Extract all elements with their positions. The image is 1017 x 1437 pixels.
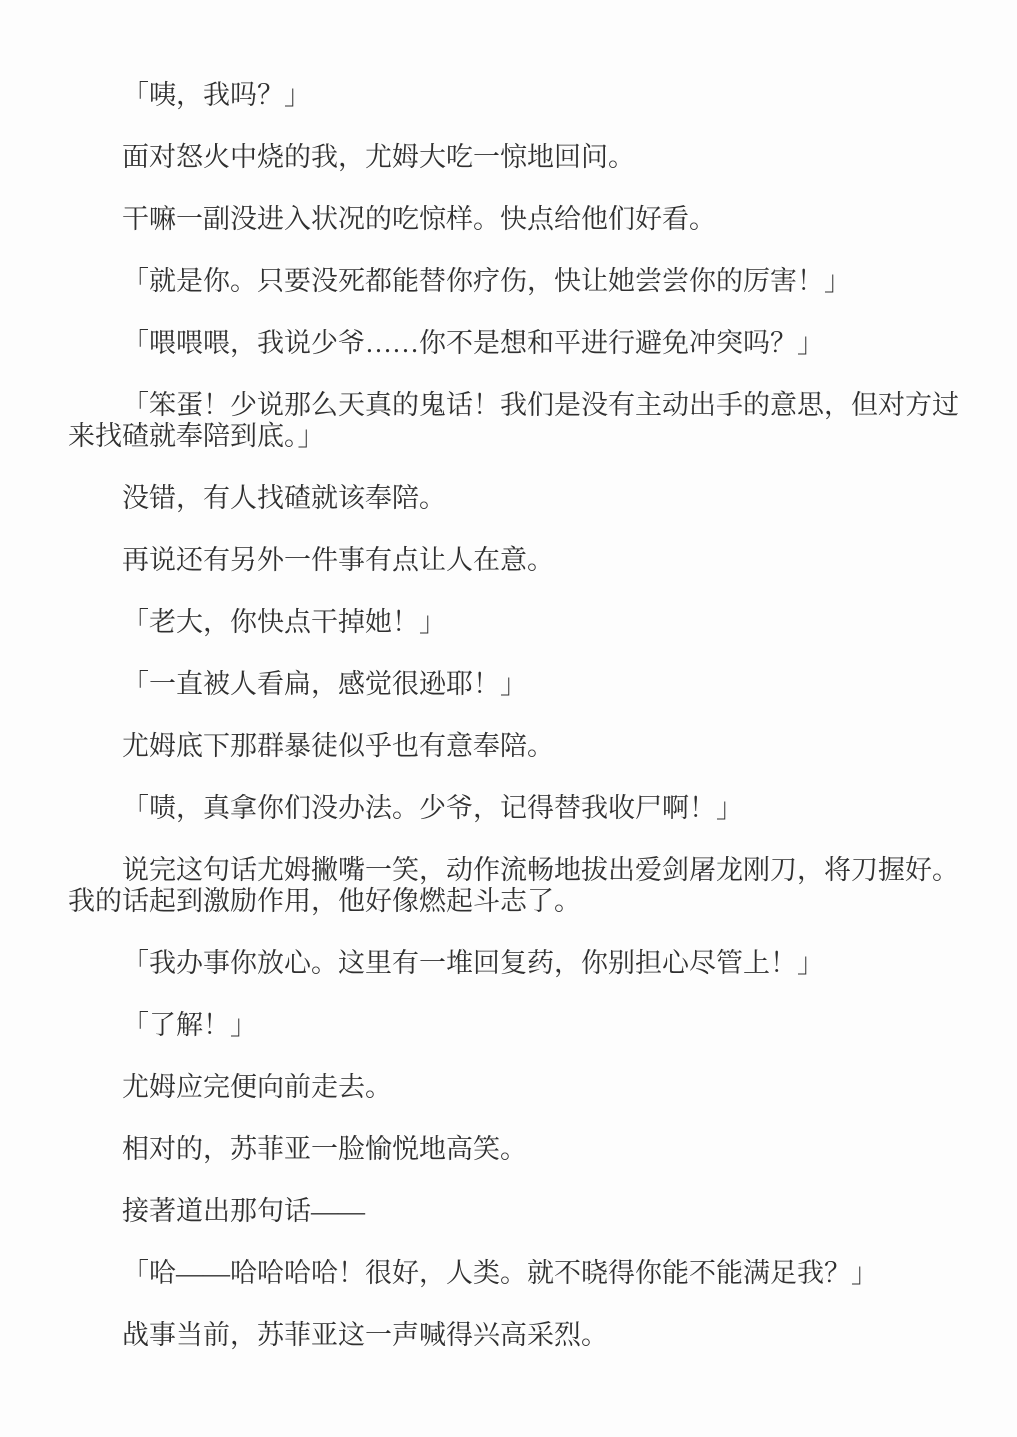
paragraph-05: 「喂喂喂，我说少爷……你不是想和平进行避免冲突吗？」 <box>68 328 968 359</box>
paragraph-12: 「啧，真拿你们没办法。少爷，记得替我收尸啊！」 <box>68 793 968 824</box>
paragraph-16: 尤姆应完便向前走去。 <box>68 1072 968 1103</box>
paragraph-03: 干嘛一副没进入状况的吃惊样。快点给他们好看。 <box>68 204 968 235</box>
paragraph-17: 相对的，苏菲亚一脸愉悦地高笑。 <box>68 1134 968 1165</box>
paragraph-08: 再说还有另外一件事有点让人在意。 <box>68 545 968 576</box>
paragraph-13: 说完这句话尤姆撇嘴一笑，动作流畅地拔出爱剑屠龙刚刀，将刀握好。我的话起到激励作用… <box>68 855 968 917</box>
paragraph-15: 「了解！」 <box>68 1010 968 1041</box>
paragraph-11: 尤姆底下那群暴徒似乎也有意奉陪。 <box>68 731 968 762</box>
paragraph-01: 「咦，我吗？」 <box>68 80 968 111</box>
paragraph-06: 「笨蛋！少说那么天真的鬼话！我们是没有主动出手的意思，但对方过来找碴就奉陪到底。… <box>68 390 968 452</box>
paragraph-18: 接著道出那句话—— <box>68 1196 968 1227</box>
paragraph-02: 面对怒火中烧的我，尤姆大吃一惊地回问。 <box>68 142 968 173</box>
paragraph-04: 「就是你。只要没死都能替你疗伤，快让她尝尝你的厉害！」 <box>68 266 968 297</box>
paragraph-07: 没错，有人找碴就该奉陪。 <box>68 483 968 514</box>
paragraph-20: 战事当前，苏菲亚这一声喊得兴高采烈。 <box>68 1320 968 1351</box>
paragraph-14: 「我办事你放心。这里有一堆回复药，你别担心尽管上！」 <box>68 948 968 979</box>
novel-page: 「咦，我吗？」 面对怒火中烧的我，尤姆大吃一惊地回问。 干嘛一副没进入状况的吃惊… <box>0 0 1017 1437</box>
paragraph-10: 「一直被人看扁，感觉很逊耶！」 <box>68 669 968 700</box>
paragraph-19: 「哈——哈哈哈哈！很好，人类。就不晓得你能不能满足我？」 <box>68 1258 968 1289</box>
paragraph-09: 「老大，你快点干掉她！」 <box>68 607 968 638</box>
